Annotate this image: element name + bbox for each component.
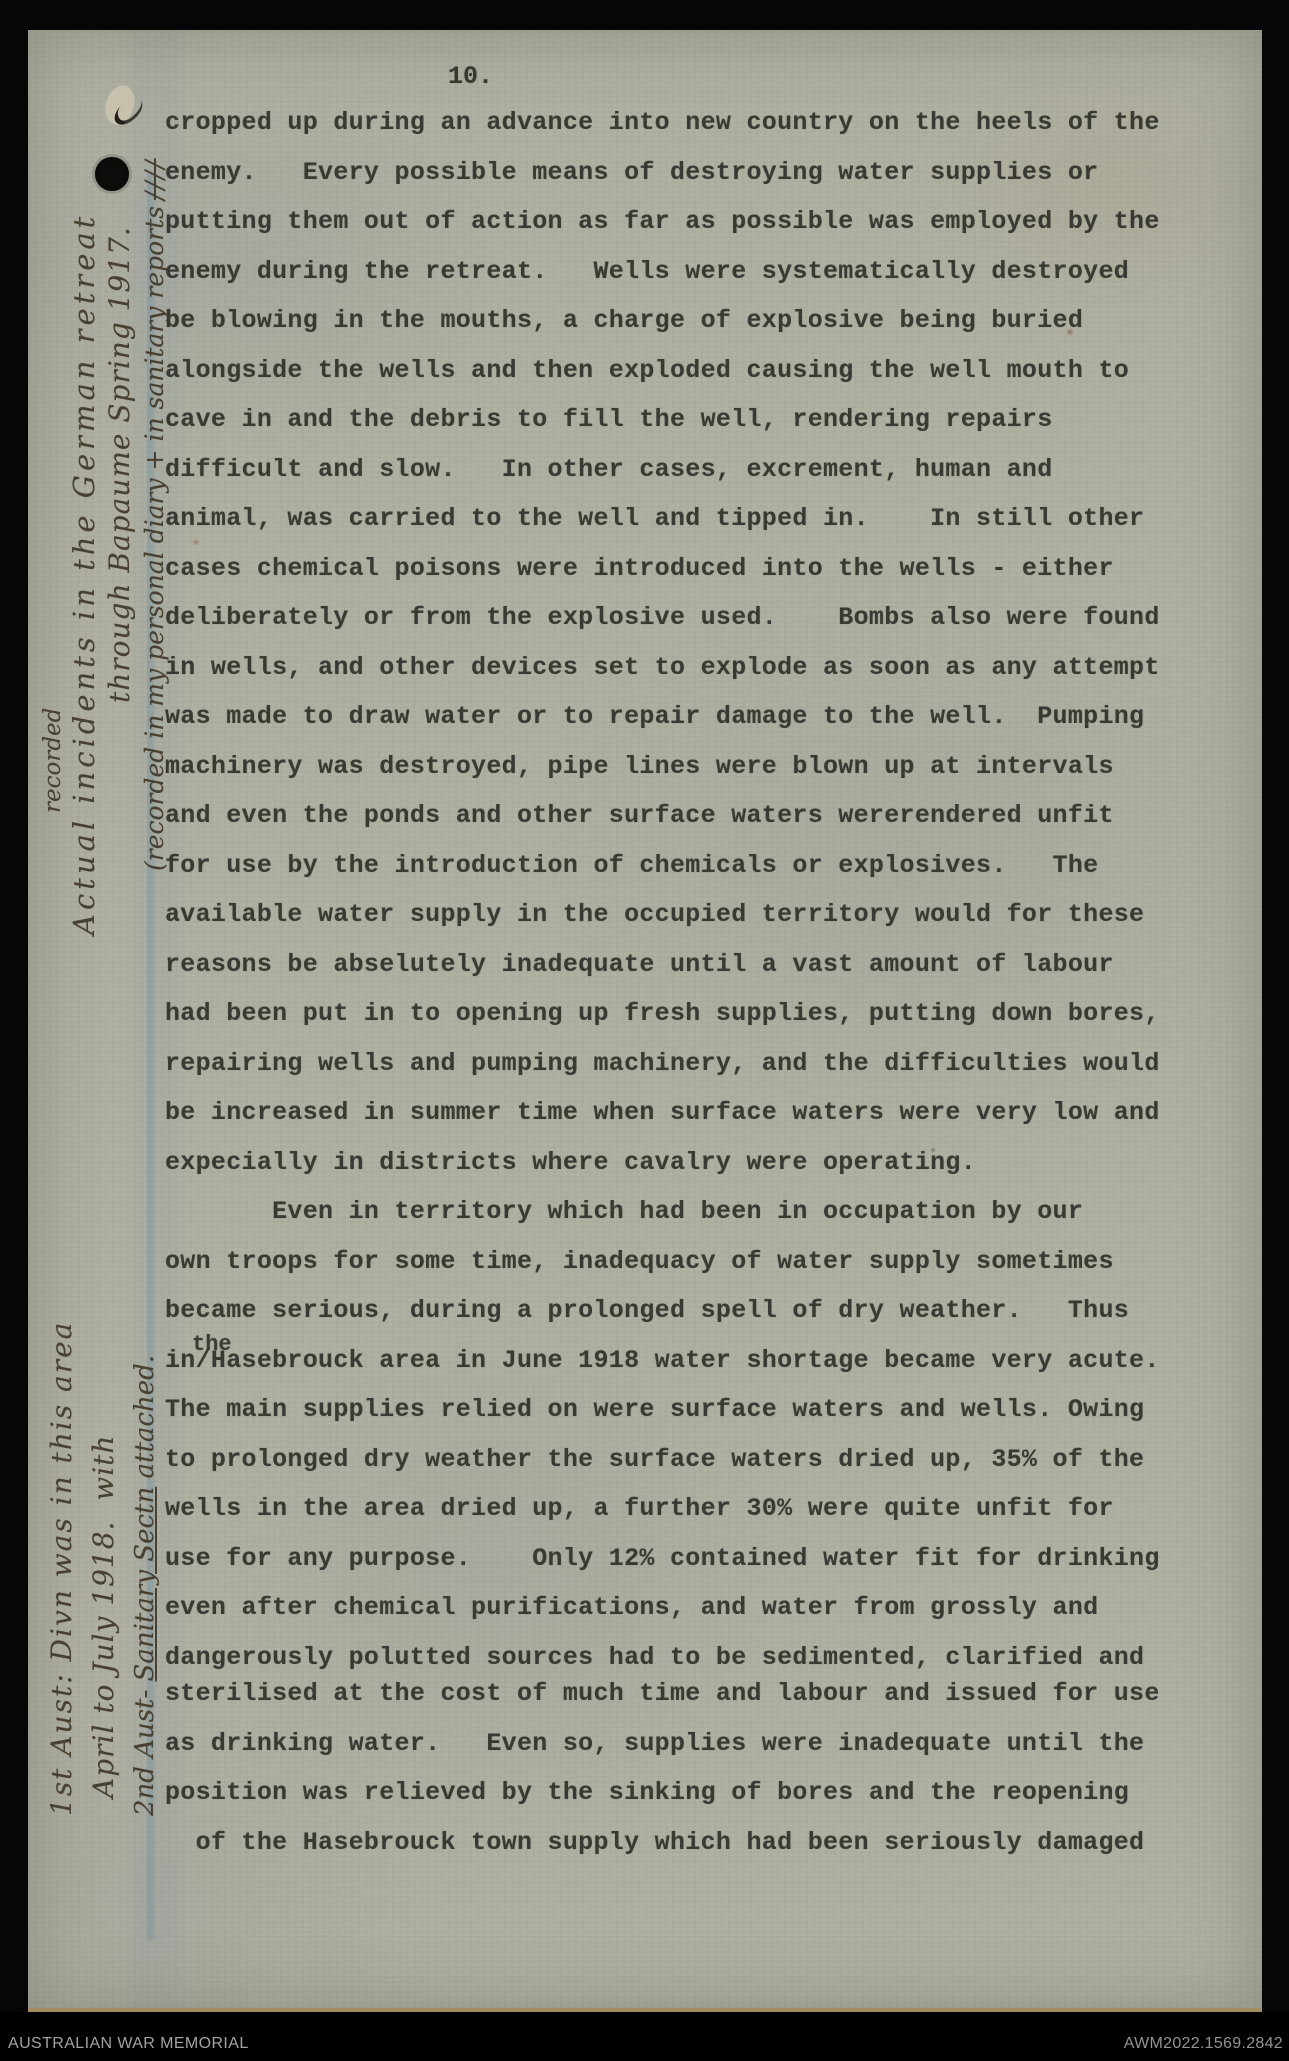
typed-line: as drinking water. Even so, supplies wer… [165, 1719, 1205, 1769]
scanned-document-page: 10. cropped up during an advance into ne… [0, 0, 1289, 2061]
typed-line: animal, was carried to the well and tipp… [165, 494, 1205, 544]
page-number: 10. [448, 62, 493, 91]
typed-line: sterilised at the cost of much time and … [165, 1669, 1205, 1719]
typed-line: wells in the area dried up, a further 30… [165, 1484, 1205, 1534]
typed-text-block: cropped up during an advance into new co… [165, 98, 1205, 1867]
archive-name-label: AUSTRALIAN WAR MEMORIAL [8, 2035, 249, 2053]
typed-line: available water supply in the occupied t… [165, 890, 1205, 940]
typed-line: use for any purpose. Only 12% contained … [165, 1534, 1205, 1584]
typed-line: cropped up during an advance into new co… [165, 98, 1205, 148]
typed-line: deliberately or from the explosive used.… [165, 593, 1205, 643]
typed-line: was made to draw water or to repair dama… [165, 692, 1205, 742]
typed-line: alongside the wells and then exploded ca… [165, 346, 1205, 396]
interline-insert-word: the [192, 1332, 232, 1357]
handwritten-line: 2nd Aust- Sanitary Sectn attached. [126, 1300, 166, 1816]
typed-line: own troops for some time, inadequacy of … [165, 1237, 1205, 1287]
archive-footer-bar: AUSTRALIAN WAR MEMORIAL AWM2022.1569.284… [0, 2012, 1289, 2061]
typed-line: be increased in summer time when surface… [165, 1088, 1205, 1138]
typed-line: to prolonged dry weather the surface wat… [165, 1435, 1205, 1485]
typed-line: and even the ponds and other surface wat… [165, 791, 1205, 841]
punch-hole [95, 157, 129, 191]
archive-item-id: AWM2022.1569.2842 [1124, 2035, 1283, 2053]
typed-line: reasons be abselutely inadequate until a… [165, 940, 1205, 990]
paper-sheet: 10. cropped up during an advance into ne… [28, 30, 1262, 2012]
typed-line: be blowing in the mouths, a charge of ex… [165, 296, 1205, 346]
handwritten-underlined-text: Sanitary Sectn [130, 1487, 160, 1682]
typed-line: enemy during the retreat. Wells were sys… [165, 247, 1205, 297]
typed-line: difficult and slow. In other cases, excr… [165, 445, 1205, 495]
margin-note-division: 1st Aust: Divn was in this area April to… [42, 1300, 174, 1816]
typed-line: machinery was destroyed, pipe lines were… [165, 742, 1205, 792]
typed-line: The main supplies relied on were surface… [165, 1385, 1205, 1435]
handwritten-line: 1st Aust: Divn was in this area [42, 1300, 84, 1816]
typed-line: cases chemical poisons were introduced i… [165, 544, 1205, 594]
typed-line: in/Hasebrouck area in June 1918 water sh… [165, 1336, 1205, 1386]
typed-line: repairing wells and pumping machinery, a… [165, 1039, 1205, 1089]
typed-line: even after chemical purifications, and w… [165, 1583, 1205, 1633]
handwritten-line: Actual incidents in the German retreat [67, 211, 103, 935]
handwritten-insert-word: recorded [40, 211, 67, 813]
typed-line: cave in and the debris to fill the well,… [165, 395, 1205, 445]
typed-line: Even in territory which had been in occu… [165, 1187, 1205, 1237]
strikeout-scribble: //// [140, 158, 169, 200]
typed-line: expecially in districts where cavalry we… [165, 1138, 1205, 1188]
handwritten-line: (recorded in my personal diary + in sani… [139, 211, 172, 871]
typed-line: putting them out of action as far as pos… [165, 197, 1205, 247]
typed-line: enemy. Every possible means of destroyin… [165, 148, 1205, 198]
handwritten-text: attached. [130, 1355, 160, 1487]
typed-line: in wells, and other devices set to explo… [165, 643, 1205, 693]
handwritten-line: April to July 1918. with [84, 1300, 126, 1798]
typed-line: had been put in to opening up fresh supp… [165, 989, 1205, 1039]
typed-line: for use by the introduction of chemicals… [165, 841, 1205, 891]
handwritten-text: (recorded in my personal diary + in sani… [140, 206, 169, 871]
typed-line: position was relieved by the sinking of … [165, 1768, 1205, 1818]
typed-line: became serious, during a prolonged spell… [165, 1286, 1205, 1336]
handwritten-line: through Bapaume Spring 1917. [103, 211, 139, 703]
margin-note-german-retreat: recorded Actual incidents in the German … [40, 211, 172, 935]
handwritten-text: 2nd Aust- [130, 1681, 160, 1816]
typed-line: of the Hasebrouck town supply which had … [165, 1818, 1205, 1868]
